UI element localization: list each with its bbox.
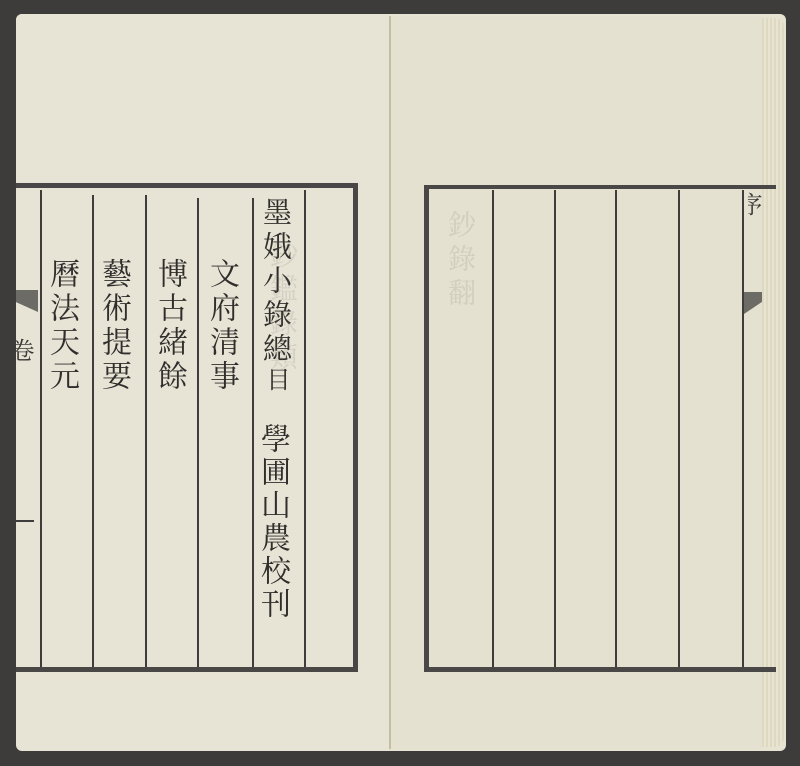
column-rule xyxy=(492,190,494,667)
toc-entry-4: 曆法天元 xyxy=(46,258,76,394)
column-rule xyxy=(40,190,42,667)
column-rule xyxy=(252,198,254,667)
show-through-text: 鈔鑑錄類 xyxy=(262,240,302,376)
edge-rule xyxy=(16,520,34,522)
show-through-text: 鈔錄翻 xyxy=(440,210,480,312)
column-rule xyxy=(304,190,306,667)
column-rule xyxy=(92,195,94,667)
toc-entry-2: 博古緒餘 xyxy=(154,258,184,394)
column-rule xyxy=(742,190,744,667)
center-fold xyxy=(389,16,391,749)
column-rule xyxy=(197,198,199,667)
publisher-line: 學圃山農校刊 xyxy=(257,423,287,621)
column-rule xyxy=(678,190,680,667)
column-rule xyxy=(145,195,147,667)
toc-entry-3: 藝術提要 xyxy=(98,258,128,394)
edge-character-fragment: 卷 xyxy=(14,338,38,362)
edge-character-fragment: 序 xyxy=(748,192,766,216)
toc-entry-1: 文府清事 xyxy=(206,258,236,394)
column-rule xyxy=(554,190,556,667)
left-page-frame xyxy=(16,183,358,672)
column-rule xyxy=(615,190,617,667)
